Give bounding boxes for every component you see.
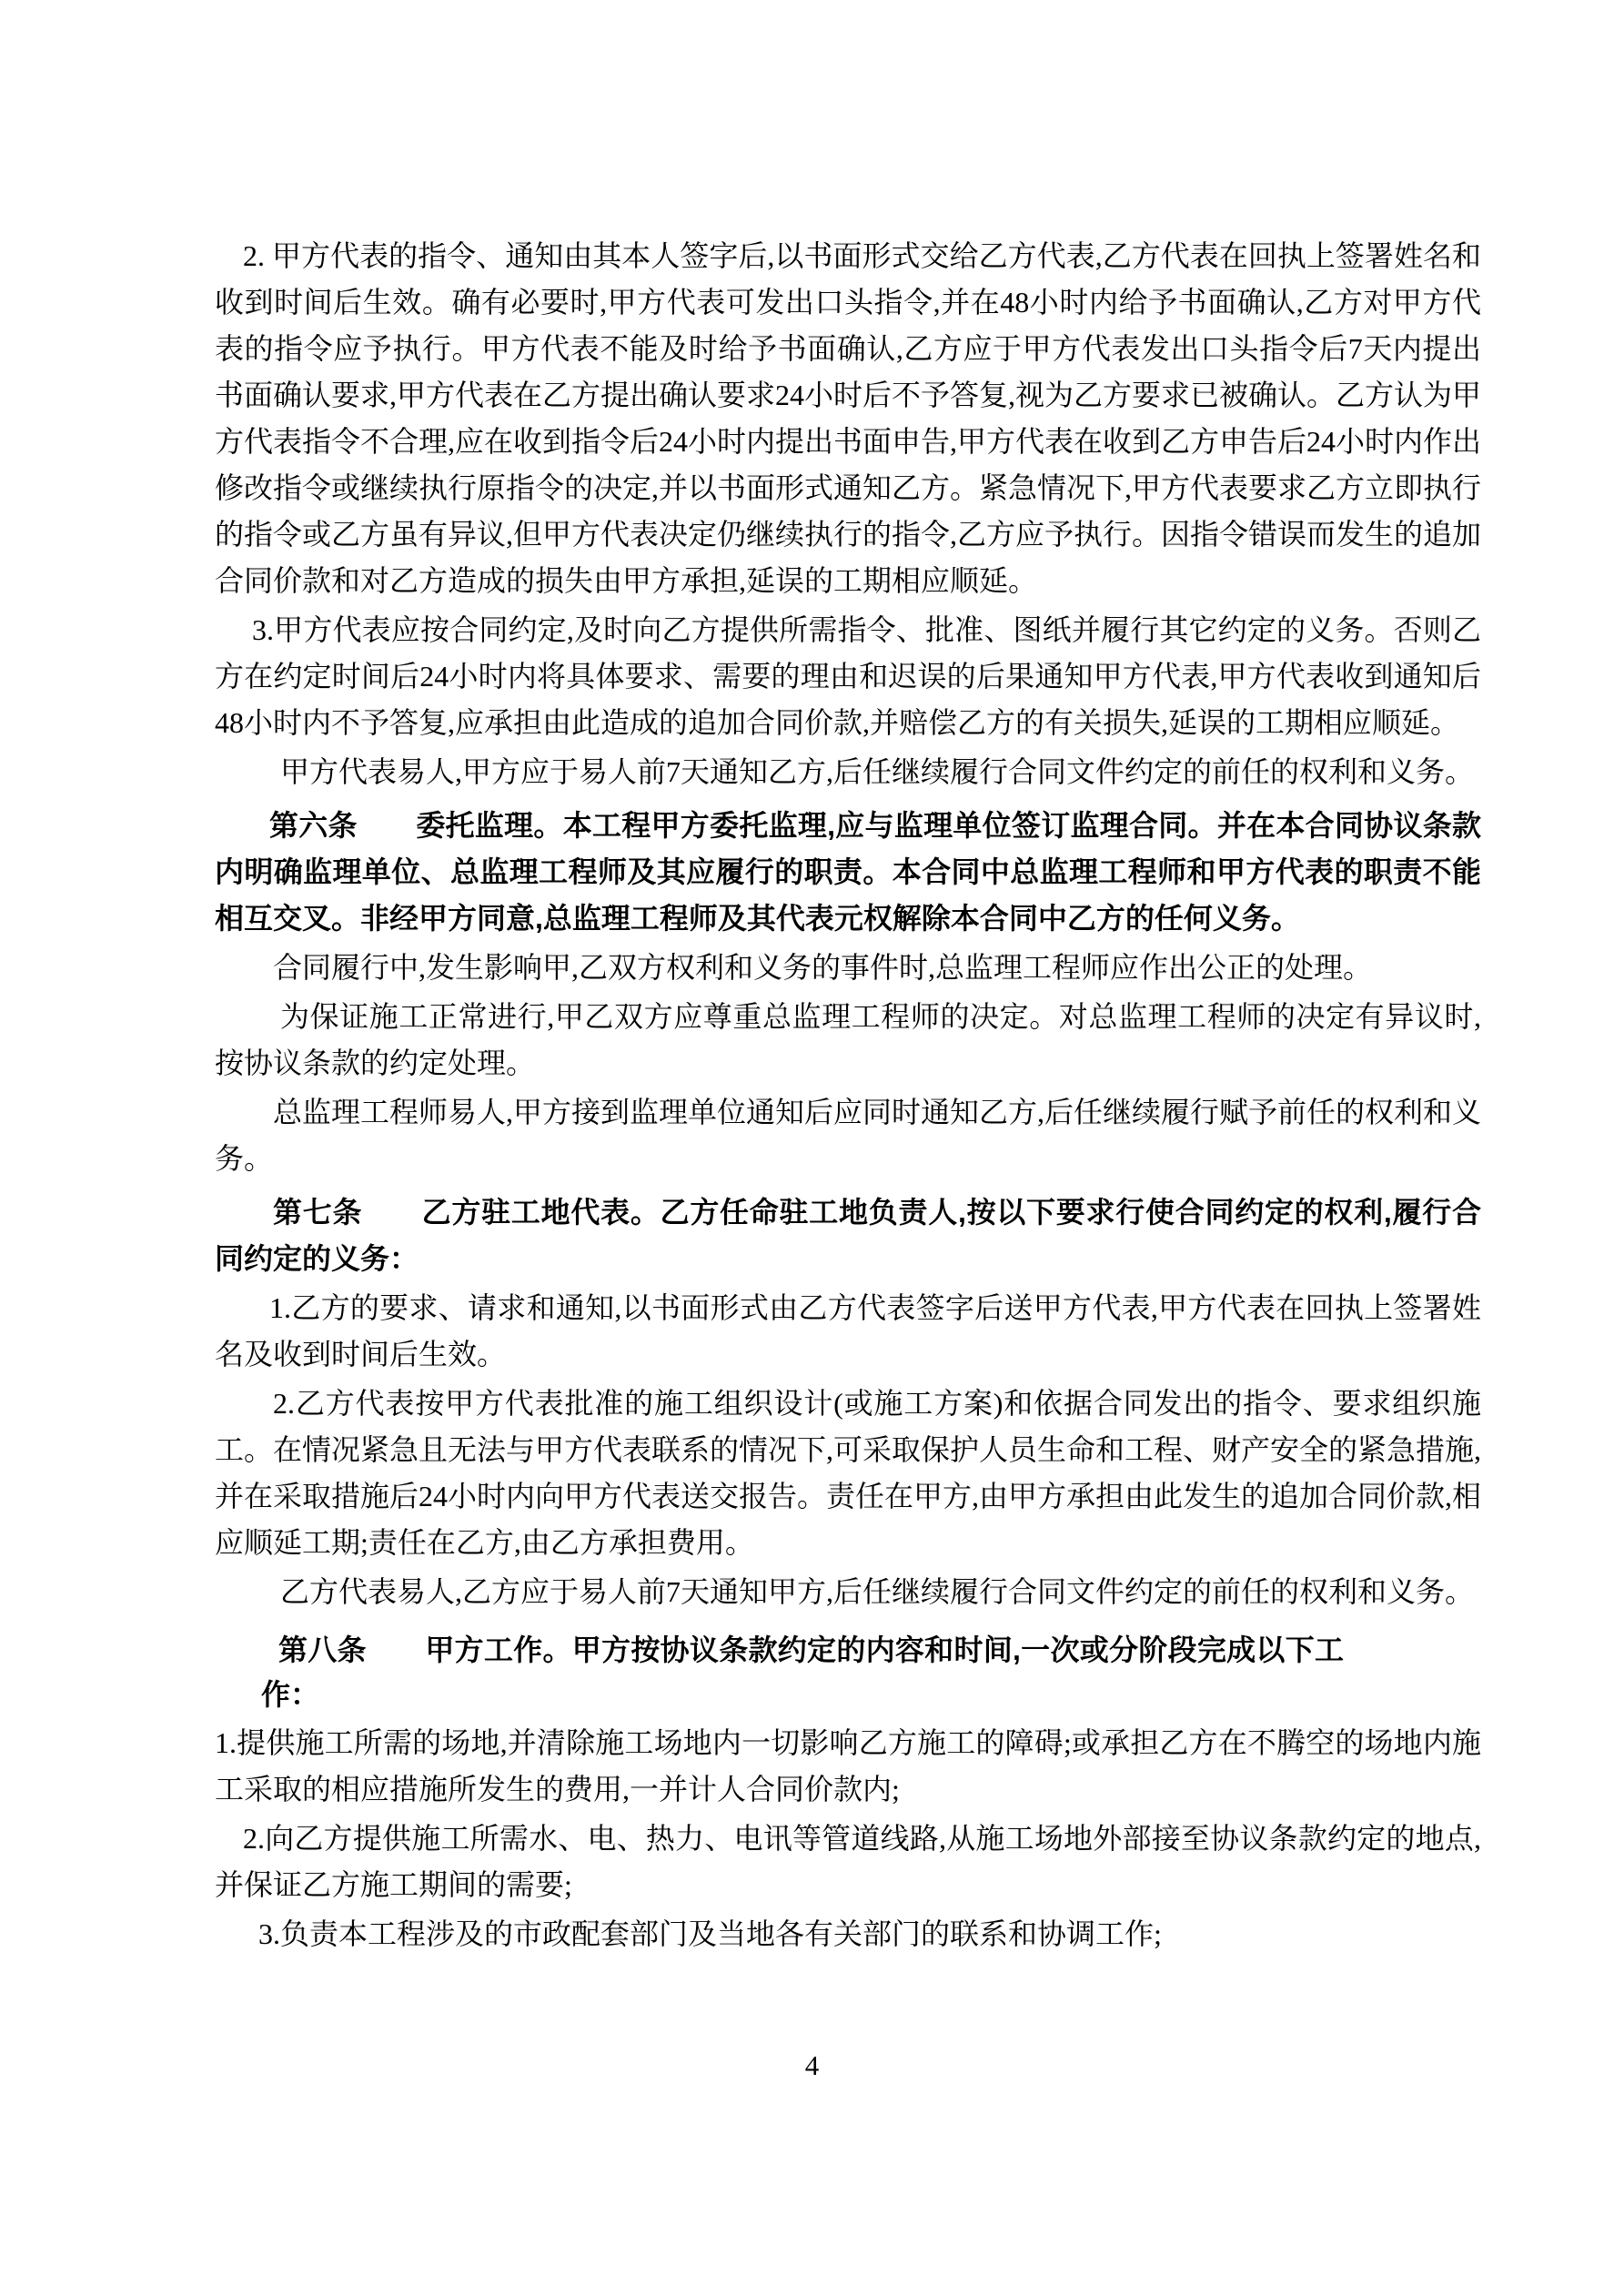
clause-8-owner-work-paragraph: 第八条 甲方工作。甲方按协议条款约定的内容和时间,一次或分阶段完成以下工作： xyxy=(261,1628,1344,1717)
para-contractor-rep-replacement: 乙方代表易人,乙方应于易人前7天通知甲方,后任继续履行合同文件约定的前任的权利和… xyxy=(215,1569,1481,1615)
para-owner-work-item-1: 1.提供施工所需的场地,并清除施工场地内一切影响乙方施工的障碍;或承担乙方在不腾… xyxy=(215,1720,1481,1813)
para-contractor-item-1: 1.乙方的要求、请求和通知,以书面形式由乙方代表签字后送甲方代表,甲方代表在回执… xyxy=(215,1285,1481,1378)
para-owner-rep-replacement: 甲方代表易人,甲方应于易人前7天通知乙方,后任继续履行合同文件约定的前任的权利和… xyxy=(215,749,1481,795)
para-owner-rep-obligations: 3.甲方代表应按合同约定,及时向乙方提供所需指令、批准、图纸并履行其它约定的义务… xyxy=(215,607,1481,746)
para-owner-work-item-3: 3.负责本工程涉及的市政配套部门及当地各有关部门的联系和协调工作; xyxy=(215,1911,1481,1957)
para-chief-supervisor-replacement: 总监理工程师易人,甲方接到监理单位通知后应同时通知乙方,后任继续履行赋予前任的权… xyxy=(215,1089,1481,1182)
clause-7-contractor-rep-paragraph: 第七条 乙方驻工地代表。乙方任命驻工地负责人,按以下要求行使合同约定的权利,履行… xyxy=(215,1189,1481,1282)
para-supervisor-fair-handling: 合同履行中,发生影响甲,乙双方权利和义务的事件时,总监理工程师应作出公正的处理。 xyxy=(215,945,1481,991)
contract-page-content: 2. 甲方代表的指令、通知由其本人签字后,以书面形式交给乙方代表,乙方代表在回执… xyxy=(215,233,1481,1960)
para-owner-work-item-2: 2.向乙方提供施工所需水、电、热力、电讯等管道线路,从施工场地外部接至协议条款约… xyxy=(215,1816,1481,1908)
para-contractor-item-2: 2.乙方代表按甲方代表批准的施工组织设计(或施工方案)和依据合同发出的指令、要求… xyxy=(215,1381,1481,1566)
clause-6-supervision-paragraph: 第六条 委托监理。本工程甲方委托监理,应与监理单位签订监理合同。并在本合同协议条… xyxy=(215,803,1481,942)
contract-document-page: 2. 甲方代表的指令、通知由其本人签字后,以书面形式交给乙方代表,乙方代表在回执… xyxy=(0,0,1624,2296)
para-respect-chief-supervisor: 为保证施工正常进行,甲乙双方应尊重总监理工程师的决定。对总监理工程师的决定有异议… xyxy=(215,994,1481,1087)
page-number: 4 xyxy=(0,2049,1624,2082)
para-owner-rep-instructions: 2. 甲方代表的指令、通知由其本人签字后,以书面形式交给乙方代表,乙方代表在回执… xyxy=(215,233,1481,604)
